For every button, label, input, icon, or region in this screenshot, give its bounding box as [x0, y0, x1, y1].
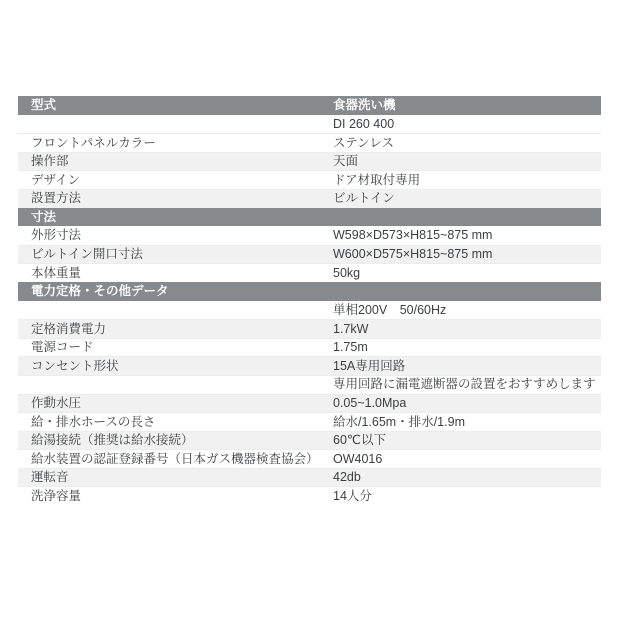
spec-value: 1.75m — [333, 338, 601, 357]
spec-label: コンセント形状 — [18, 357, 333, 376]
section-header-label: 寸法 — [18, 208, 333, 227]
section-header-label: 型式 — [18, 96, 333, 115]
spec-row: 給・排水ホースの長さ給水/1.65m・排水/1.9m — [18, 412, 601, 431]
spec-value: DI 260 400 — [333, 115, 601, 134]
spec-value: 天面 — [333, 152, 601, 171]
section-header-row: 電力定格・その他データ — [18, 282, 601, 301]
spec-row: 定格消費電力1.7kW — [18, 319, 601, 338]
spec-table: 型式食器洗い機DI 260 400フロントパネルカラーステンレス操作部天面デザイ… — [18, 96, 601, 505]
spec-row: 単相200V 50/60Hz — [18, 301, 601, 320]
spec-row: フロントパネルカラーステンレス — [18, 133, 601, 152]
spec-row: 外形寸法W598×D573×H815~875 mm — [18, 226, 601, 245]
spec-label: ビルトイン開口寸法 — [18, 245, 333, 264]
spec-label: 給・排水ホースの長さ — [18, 413, 333, 432]
spec-label: 洗浄容量 — [18, 487, 333, 506]
section-header-value: 食器洗い機 — [333, 96, 601, 115]
spec-row: 給水装置の認証登録番号（日本ガス機器検査協会）OW4016 — [18, 449, 601, 468]
spec-row: 操作部天面 — [18, 152, 601, 171]
section-header-row: 寸法 — [18, 208, 601, 227]
spec-label: 定格消費電力 — [18, 320, 333, 339]
spec-row: デザインドア材取付専用 — [18, 170, 601, 189]
spec-label: 操作部 — [18, 152, 333, 171]
spec-label: フロントパネルカラー — [18, 134, 333, 153]
spec-value: 専用回路に漏電遮断器の設置をおすすめします — [333, 375, 601, 394]
spec-value: 0.05~1.0Mpa — [333, 394, 601, 413]
spec-label: 電源コード — [18, 338, 333, 357]
section-header-row: 型式食器洗い機 — [18, 96, 601, 115]
spec-value: 給水/1.65m・排水/1.9m — [333, 413, 601, 432]
spec-row: ビルトイン開口寸法W600×D575×H815~875 mm — [18, 245, 601, 264]
spec-value: W598×D573×H815~875 mm — [333, 226, 601, 245]
spec-row: コンセント形状15A専用回路 — [18, 356, 601, 375]
spec-value: 14人分 — [333, 487, 601, 506]
spec-value: W600×D575×H815~875 mm — [333, 245, 601, 264]
spec-value: 1.7kW — [333, 320, 601, 339]
spec-label: 外形寸法 — [18, 226, 333, 245]
spec-label: 運転音 — [18, 468, 333, 487]
spec-row: 洗浄容量14人分 — [18, 486, 601, 505]
spec-value: 42db — [333, 468, 601, 487]
spec-value: OW4016 — [333, 450, 601, 469]
spec-row: 作動水圧0.05~1.0Mpa — [18, 394, 601, 413]
spec-value: 15A専用回路 — [333, 357, 601, 376]
spec-row: DI 260 400 — [18, 115, 601, 134]
spec-row: 本体重量50kg — [18, 263, 601, 282]
spec-value: ビルトイン — [333, 189, 601, 208]
spec-row: 設置方法ビルトイン — [18, 189, 601, 208]
spec-value: 60℃以下 — [333, 431, 601, 450]
spec-value: 単相200V 50/60Hz — [333, 301, 601, 320]
spec-label: 作動水圧 — [18, 394, 333, 413]
spec-row: 電源コード1.75m — [18, 338, 601, 357]
spec-value: ステンレス — [333, 134, 601, 153]
spec-row: 専用回路に漏電遮断器の設置をおすすめします — [18, 375, 601, 394]
spec-label: 給水装置の認証登録番号（日本ガス機器検査協会） — [18, 450, 333, 469]
section-header-label: 電力定格・その他データ — [18, 282, 333, 301]
spec-label: 給湯接続（推奨は給水接続） — [18, 431, 333, 450]
spec-label: 設置方法 — [18, 189, 333, 208]
spec-value: ドア材取付専用 — [333, 171, 601, 190]
spec-label: 本体重量 — [18, 264, 333, 283]
spec-value: 50kg — [333, 264, 601, 283]
spec-row: 給湯接続（推奨は給水接続）60℃以下 — [18, 431, 601, 450]
spec-row: 運転音42db — [18, 468, 601, 487]
spec-label: デザイン — [18, 171, 333, 190]
product-spec-page: 型式食器洗い機DI 260 400フロントパネルカラーステンレス操作部天面デザイ… — [0, 0, 619, 619]
